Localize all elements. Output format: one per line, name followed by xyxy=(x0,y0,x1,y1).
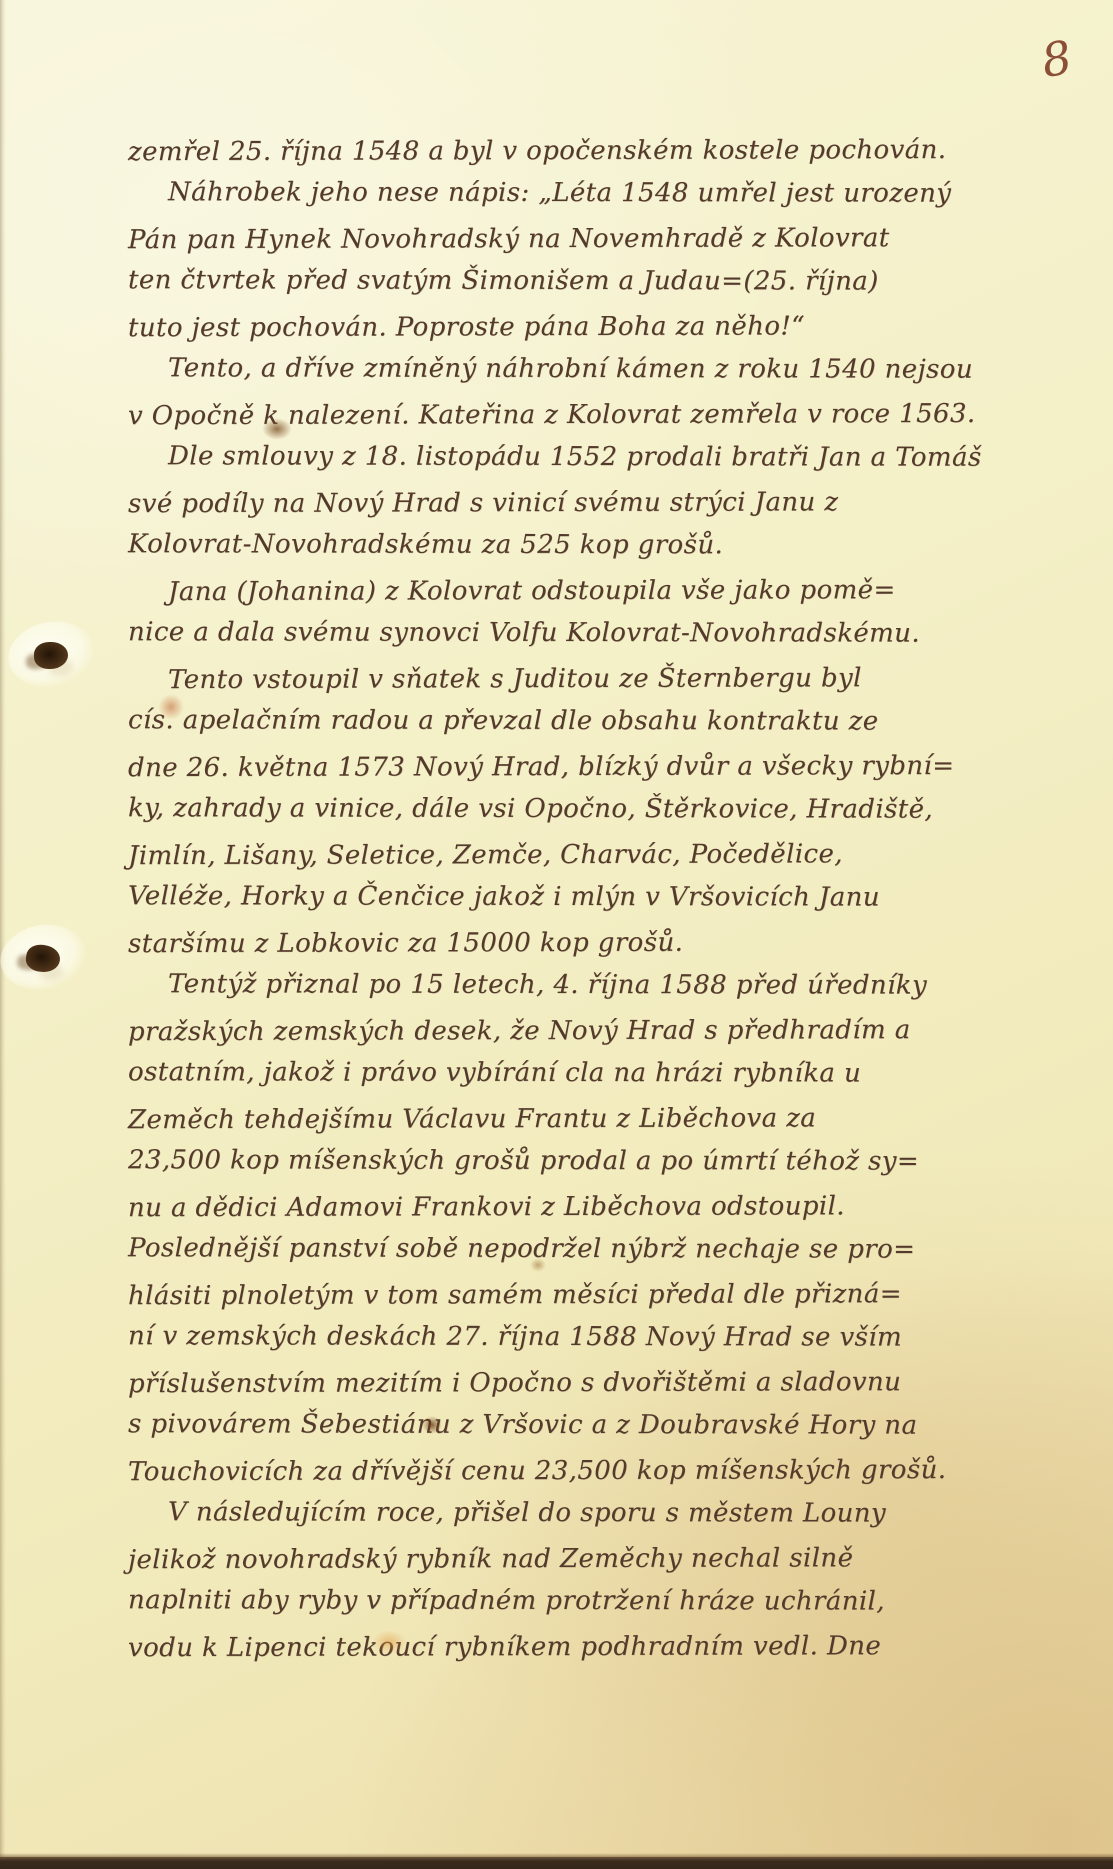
manuscript-line: ostatním, jakož i právo vybírání cla na … xyxy=(128,1050,1028,1096)
manuscript-line: v Opočně k nalezení. Kateřina z Kolovrat… xyxy=(128,392,1028,438)
manuscript-line: ní v zemských deskách 27. října 1588 Nov… xyxy=(128,1314,1028,1360)
manuscript-line: tuto jest pochován. Poproste pána Boha z… xyxy=(128,304,1028,350)
manuscript-line: Touchovicích za dřívější cenu 23,500 kop… xyxy=(128,1448,1028,1494)
manuscript-line: dne 26. května 1573 Nový Hrad, blízký dv… xyxy=(128,744,1028,790)
manuscript-line: Pán pan Hynek Novohradský na Novemhradě … xyxy=(128,216,1028,262)
manuscript-text: zemřel 25. října 1548 a byl v opočenském… xyxy=(128,128,1028,1668)
manuscript-line: Dle smlouvy z 18. listopádu 1552 prodali… xyxy=(128,434,1028,480)
manuscript-line: Tentýž přiznal po 15 letech, 4. října 15… xyxy=(128,962,1028,1008)
manuscript-line: cís. apelačním radou a převzal dle obsah… xyxy=(128,698,1028,744)
manuscript-line: 23,500 kop míšenských grošů prodal a po … xyxy=(128,1138,1028,1184)
manuscript-line: Tento vstoupil v sňatek s Juditou ze Šte… xyxy=(128,656,1028,702)
manuscript-line: naplniti aby ryby v případném protržení … xyxy=(128,1578,1028,1624)
manuscript-line: pražských zemských desek, že Nový Hrad s… xyxy=(128,1008,1028,1054)
manuscript-line: Náhrobek jeho nese nápis: „Léta 1548 umř… xyxy=(128,170,1028,216)
scan-bottom-edge xyxy=(0,1857,1113,1869)
manuscript-line: Velléže, Horky a Čenčice jakož i mlýn v … xyxy=(128,874,1028,920)
manuscript-line: nu a dědici Adamovi Frankovi z Liběchova… xyxy=(128,1184,1028,1230)
manuscript-line: ten čtvrtek před svatým Šimonišem a Juda… xyxy=(128,258,1028,304)
manuscript-line: Kolovrat-Novohradskému za 525 kop grošů. xyxy=(128,522,1028,568)
manuscript-line: zemřel 25. října 1548 a byl v opočenském… xyxy=(128,128,1028,174)
manuscript-line: vodu k Lipenci tekoucí rybníkem podhradn… xyxy=(128,1624,1028,1670)
manuscript-line: staršímu z Lobkovic za 15000 kop grošů. xyxy=(128,920,1028,966)
manuscript-line: příslušenstvím mezitím i Opočno s dvořiš… xyxy=(128,1360,1028,1406)
manuscript-line: jelikož novohradský rybník nad Zeměchy n… xyxy=(128,1536,1028,1582)
manuscript-line: Tento, a dříve zmíněný náhrobní kámen z … xyxy=(128,346,1028,392)
manuscript-line: nice a dala svému synovci Volfu Kolovrat… xyxy=(128,610,1028,656)
page-number: 8 xyxy=(1038,34,1075,84)
manuscript-line: V následujícím roce, přišel do sporu s m… xyxy=(128,1490,1028,1536)
manuscript-page: 8 zemřel 25. října 1548 a byl v opočensk… xyxy=(0,0,1113,1869)
manuscript-line: s pivovárem Šebestiánu z Vršovic a z Dou… xyxy=(128,1402,1028,1448)
paper-left-edge xyxy=(0,0,6,1869)
manuscript-line: Zeměch tehdejšímu Václavu Frantu z Liběc… xyxy=(128,1096,1028,1142)
manuscript-line: Poslednější panství sobě nepodržel nýbrž… xyxy=(128,1226,1028,1272)
manuscript-line: Jimlín, Lišany, Seletice, Zemče, Charvác… xyxy=(128,832,1028,878)
manuscript-line: hlásiti plnoletým v tom samém měsíci pře… xyxy=(128,1272,1028,1318)
manuscript-line: své podíly na Nový Hrad s vinicí svému s… xyxy=(128,480,1028,526)
manuscript-line: Jana (Johanina) z Kolovrat odstoupila vš… xyxy=(128,568,1028,614)
manuscript-line: ky, zahrady a vinice, dále vsi Opočno, Š… xyxy=(128,786,1028,832)
